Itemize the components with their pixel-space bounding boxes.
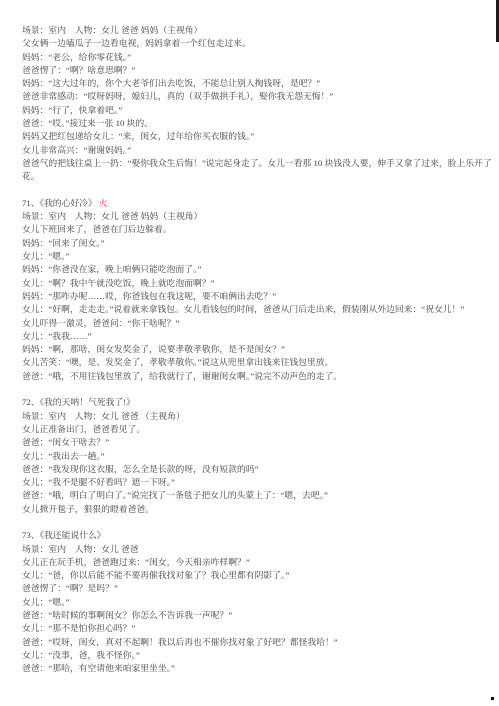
script-line: 妈妈：“行了，快拿着吧。” xyxy=(22,104,492,117)
script-line: 女儿掀开毯子，狠狠的瞪着爸爸。 xyxy=(22,503,492,516)
script-line: 爸爸：“那哈，有空请他来咱家里坐坐。” xyxy=(22,662,492,675)
script-line: 女儿非常高兴：“谢谢妈妈。” xyxy=(22,144,492,157)
script-line: 女儿吓得一激灵，爸爸问：“你干啥呢？” xyxy=(22,317,492,330)
script-line: 爸爸：“哎。”接过来一张 10 块的。 xyxy=(22,117,492,130)
episode-number: 71、 xyxy=(22,198,40,208)
script-section: 场景：室内 人物：女儿 爸爸 妈妈（主视角）父女俩一边嗑瓜子一边看电视，妈妈拿着… xyxy=(22,24,492,184)
script-line: 爸爸：“哦，不用往钱包里放了，给我就行了，谢谢闺女啊。”说完不动声色的走了。 xyxy=(22,370,492,383)
script-section: 73、《我还能说什么》场景：室内 人物：女儿 爸爸女儿正在玩手机，爸爸跑过来：“… xyxy=(22,529,492,675)
script-line: 女儿正在玩手机，爸爸跑过来：“闺女，今天相亲咋样啊？” xyxy=(22,556,492,569)
episode-title-text: 《我的心好冷》 xyxy=(40,198,97,208)
episode-title: 73、《我还能说什么》 xyxy=(22,529,492,542)
script-line: 女儿：“没事，爸，我不怪你。” xyxy=(22,649,492,662)
script-line: 女儿：“嗯。” xyxy=(22,250,492,263)
script-line: 妈妈又把红包递给女儿：“来，闺女，过年给你买衣服的钱。” xyxy=(22,130,492,143)
script-line: 爸爸：“哦，明白了明白了。”说完找了一条毯子把女儿的头蒙上了：“嗯，去吧。” xyxy=(22,489,492,502)
episode-title: 71、《我的心好冷》火 xyxy=(22,197,492,210)
script-line: 女儿正准备出门，爸爸看见了。 xyxy=(22,423,492,436)
script-line: 女儿：“嗯。” xyxy=(22,596,492,609)
script-line: 场景：室内 人物：女儿 爸爸 （主视角） xyxy=(22,410,492,423)
script-line: 父女俩一边嗑瓜子一边看电视，妈妈拿着一个红包走过来。 xyxy=(22,37,492,50)
script-line: 妈妈：“那咋办呢……哎，你爸钱包在我这呢，要不咱俩出去吃？” xyxy=(22,290,492,303)
episode-title: 72、《我的天呐！气死我了!》 xyxy=(22,396,492,409)
script-line: 女儿：“啊？我中午就没吃饭，晚上就吃泡面啊？” xyxy=(22,277,492,290)
script-line: 妈妈：“这大过年的，你个大老爷们出去吃饭，不能总让别人掏钱呀，是吧？” xyxy=(22,77,492,90)
script-line: 妈妈：“回来了闺女。” xyxy=(22,237,492,250)
script-line: 女儿：“好啊，走走走。”说着就来拿钱包。女儿看钱包的时间，爸爸从门后走出来，假装… xyxy=(22,303,492,316)
script-line: 爸爸气的把钱往桌上一扔：“娶你我众生后悔！”说完起身走了。女儿一看那 10 块钱… xyxy=(22,157,492,184)
script-line: 女儿下班回来了，爸爸在门后边躲着。 xyxy=(22,223,492,236)
script-line: 爸爸非常感动：“哎呀妈呀，媳妇儿，真的（双手做拱手礼），娶你我无怨无悔！” xyxy=(22,90,492,103)
script-line: 女儿：“那不是怕你担心吗？” xyxy=(22,622,492,635)
script-line: 妈妈：“老公，给你零花钱。” xyxy=(22,51,492,64)
episode-title-text: 《我还能说什么》 xyxy=(40,530,106,540)
sections-root: 场景：室内 人物：女儿 爸爸 妈妈（主视角）父女俩一边嗑瓜子一边看电视，妈妈拿着… xyxy=(22,24,492,676)
script-line: 女儿：“爸，你以后能不能不要再催我找对象了？我心里都有阴影了。” xyxy=(22,569,492,582)
episode-number: 73、 xyxy=(22,530,40,540)
episode-title-text: 《我的天呐！气死我了!》 xyxy=(40,397,135,407)
script-document: 场景：室内 人物：女儿 爸爸 妈妈（主视角）父女俩一边嗑瓜子一边看电视，妈妈拿着… xyxy=(0,0,499,706)
script-line: 场景：室内 人物：女儿 爸爸 xyxy=(22,543,492,556)
scroll-dot xyxy=(491,697,494,700)
script-line: 妈妈：“你爸没在家，晚上咱俩只能吃泡面了。” xyxy=(22,263,492,276)
hot-tag: 火 xyxy=(99,198,108,208)
script-line: 爸爸：“哎呀，闺女，真对不起啊！我以后再也不催你找对象了好吧？都怪我哈！” xyxy=(22,636,492,649)
script-section: 72、《我的天呐！气死我了!》场景：室内 人物：女儿 爸爸 （主视角）女儿正准备… xyxy=(22,396,492,516)
script-line: 爸爸愣了：“啊？啥意思啊？” xyxy=(22,64,492,77)
script-line: 女儿苦笑：“噢，是、发奖金了，孝敬孝敬你。”说这从兜里拿出钱来往钱包里放。 xyxy=(22,356,492,369)
script-line: 场景：室内 人物：女儿 爸爸 妈妈（主视角） xyxy=(22,210,492,223)
script-line: 场景：室内 人物：女儿 爸爸 妈妈（主视角） xyxy=(22,24,492,37)
script-section: 71、《我的心好冷》火场景：室内 人物：女儿 爸爸 妈妈（主视角）女儿下班回来了… xyxy=(22,197,492,383)
episode-number: 72、 xyxy=(22,397,40,407)
script-line: 爸爸愣了：“啊？是吗？” xyxy=(22,582,492,595)
script-line: 爸爸：“闺女干啥去？” xyxy=(22,436,492,449)
script-line: 女儿：“我我……” xyxy=(22,330,492,343)
script-line: 爸爸：“我发现你这衣服，怎么全是长款的呀，没有短款的吗” xyxy=(22,463,492,476)
script-line: 女儿：“我出去一趟。” xyxy=(22,450,492,463)
script-line: 女儿：“我不是腿不好看吗？遮一下呀。” xyxy=(22,476,492,489)
script-line: 妈妈：“啊，那啥，闺女发奖金了，说要孝敬孝敬你，是不是闺女？” xyxy=(22,343,492,356)
script-line: 爸爸：“啥时候的事啊闺女？你怎么不告诉我一声呢？” xyxy=(22,609,492,622)
